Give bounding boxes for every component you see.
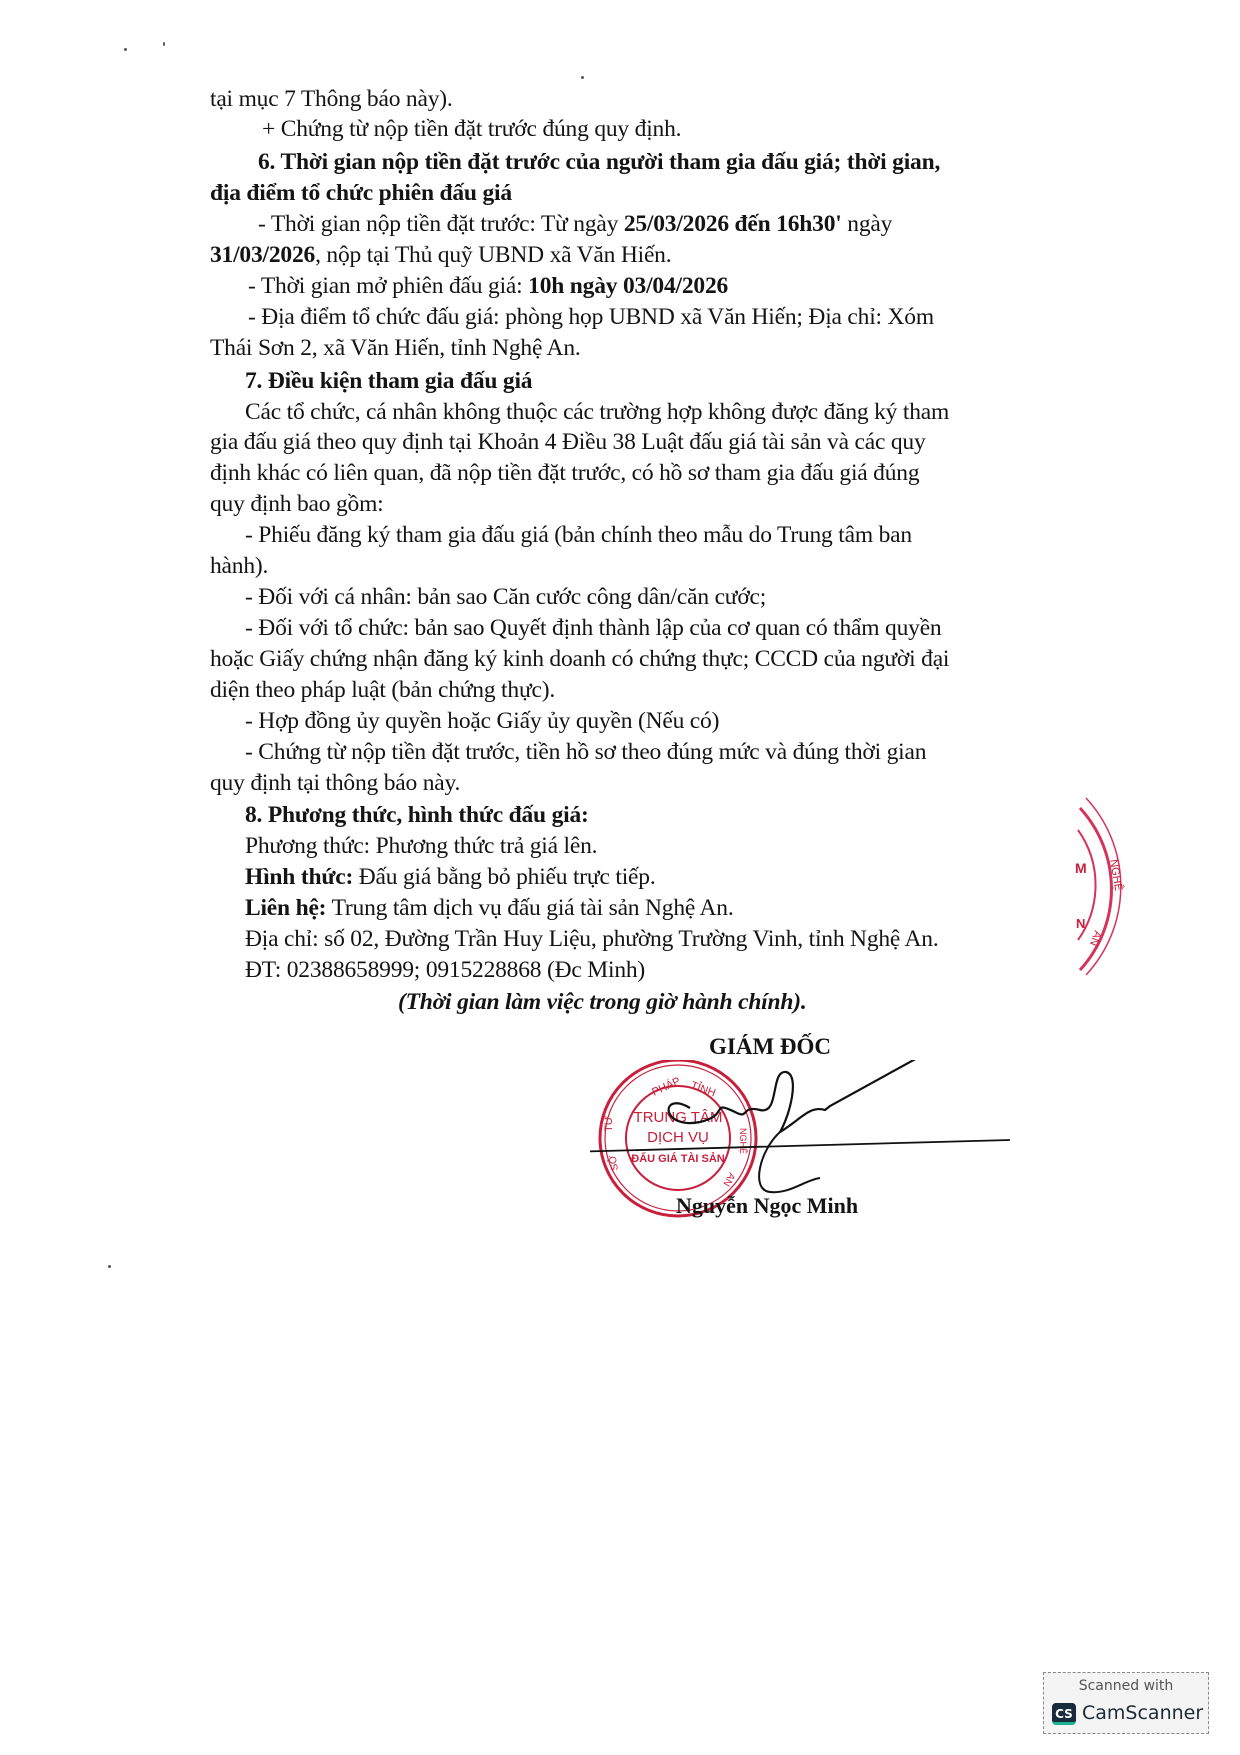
signer-name: Nguyễn Ngọc Minh <box>676 1193 858 1219</box>
svg-text:NGHỆ: NGHỆ <box>1107 858 1125 892</box>
requirement-registration-line1: - Phiếu đăng ký tham gia đấu giá (bản ch… <box>245 520 912 550</box>
requirement-registration-line2: hành). <box>210 551 268 581</box>
section-7-intro-line1: Các tổ chức, cá nhân không thuộc các trư… <box>245 397 949 427</box>
signature-title: GIÁM ĐỐC <box>709 1034 831 1060</box>
contact-phone: ĐT: 02388658999; 0915228868 (Đc Minh) <box>245 955 645 985</box>
svg-text:N: N <box>1076 916 1085 931</box>
edge-stamp-partial: M N NGHỆ AN <box>1040 780 1240 980</box>
requirement-deposit-line1: - Chứng từ nộp tiền đặt trước, tiền hồ s… <box>245 737 926 767</box>
svg-text:DỊCH VỤ: DỊCH VỤ <box>647 1129 709 1146</box>
svg-text:TƯ: TƯ <box>603 1116 615 1132</box>
auction-method: Phương thức: Phương thức trả giá lên. <box>245 831 597 861</box>
camscanner-watermark: Scanned with CS CamScanner <box>1043 1672 1209 1734</box>
svg-text:AN: AN <box>1087 929 1104 948</box>
working-hours-note: (Thời gian làm việc trong giờ hành chính… <box>398 987 807 1017</box>
deposit-time-line2: 31/03/2026, nộp tại Thủ quỹ UBND xã Văn … <box>210 240 671 270</box>
auction-form: Hình thức: Đấu giá bằng bỏ phiếu trực ti… <box>245 862 656 892</box>
svg-text:AN: AN <box>720 1171 736 1189</box>
svg-text:ĐẤU GIÁ TÀI SẢN: ĐẤU GIÁ TÀI SẢN <box>631 1152 725 1165</box>
contact-info: Liên hệ: Trung tâm dịch vụ đấu giá tài s… <box>245 893 734 923</box>
watermark-caption: Scanned with <box>1044 1678 1208 1694</box>
requirement-authorization: - Hợp đồng ủy quyền hoặc Giấy ủy quyền (… <box>245 706 719 736</box>
svg-text:NGHỆ: NGHỆ <box>738 1128 748 1154</box>
continuation-line: tại mục 7 Thông báo này). <box>210 84 453 114</box>
svg-text:TRUNG TÂM: TRUNG TÂM <box>634 1109 723 1126</box>
scanned-document-page: tại mục 7 Thông báo này). + Chứng từ nộp… <box>0 0 1240 1755</box>
requirement-organization-line2: hoặc Giấy chứng nhận đăng ký kinh doanh … <box>210 644 949 674</box>
section-7-intro-line2: gia đấu giá theo quy định tại Khoản 4 Đi… <box>210 427 926 457</box>
deposit-time-line1: - Thời gian nộp tiền đặt trước: Từ ngày … <box>258 209 970 239</box>
section-7-intro-line3: định khác có liên quan, đã nộp tiền đặt … <box>210 458 919 488</box>
requirement-deposit-line2: quy định tại thông báo này. <box>210 768 460 798</box>
section-7-intro-line4: quy định bao gồm: <box>210 489 384 519</box>
requirement-organization-line3: diện theo pháp luật (bản chứng thực). <box>210 675 555 705</box>
auction-venue-line2: Thái Sơn 2, xã Văn Hiến, tỉnh Nghệ An. <box>210 333 581 363</box>
deposit-proof-item: + Chứng từ nộp tiền đặt trước đúng quy đ… <box>262 114 681 144</box>
requirement-individual: - Đối với cá nhân: bản sao Căn cước công… <box>245 582 766 612</box>
camscanner-logo-icon: CS <box>1052 1703 1076 1725</box>
watermark-brand: CamScanner <box>1082 1702 1203 1724</box>
contact-address: Địa chỉ: số 02, Đường Trần Huy Liệu, phư… <box>245 924 939 954</box>
section-6-heading-line2: địa điểm tổ chức phiên đấu giá <box>210 178 512 208</box>
auction-venue-line1: - Địa điểm tổ chức đấu giá: phòng họp UB… <box>248 302 934 332</box>
svg-text:M: M <box>1075 860 1087 876</box>
section-6-heading-line1: 6. Thời gian nộp tiền đặt trước của ngườ… <box>258 147 940 177</box>
svg-text:TỈNH: TỈNH <box>689 1079 718 1100</box>
section-7-heading: 7. Điều kiện tham gia đấu giá <box>245 366 532 396</box>
section-8-heading: 8. Phương thức, hình thức đấu giá: <box>245 800 589 830</box>
auction-open-time: - Thời gian mở phiên đấu giá: 10h ngày 0… <box>248 271 728 301</box>
svg-text:PHÁP: PHÁP <box>650 1074 683 1098</box>
requirement-organization-line1: - Đối với tổ chức: bản sao Quyết định th… <box>245 613 941 643</box>
